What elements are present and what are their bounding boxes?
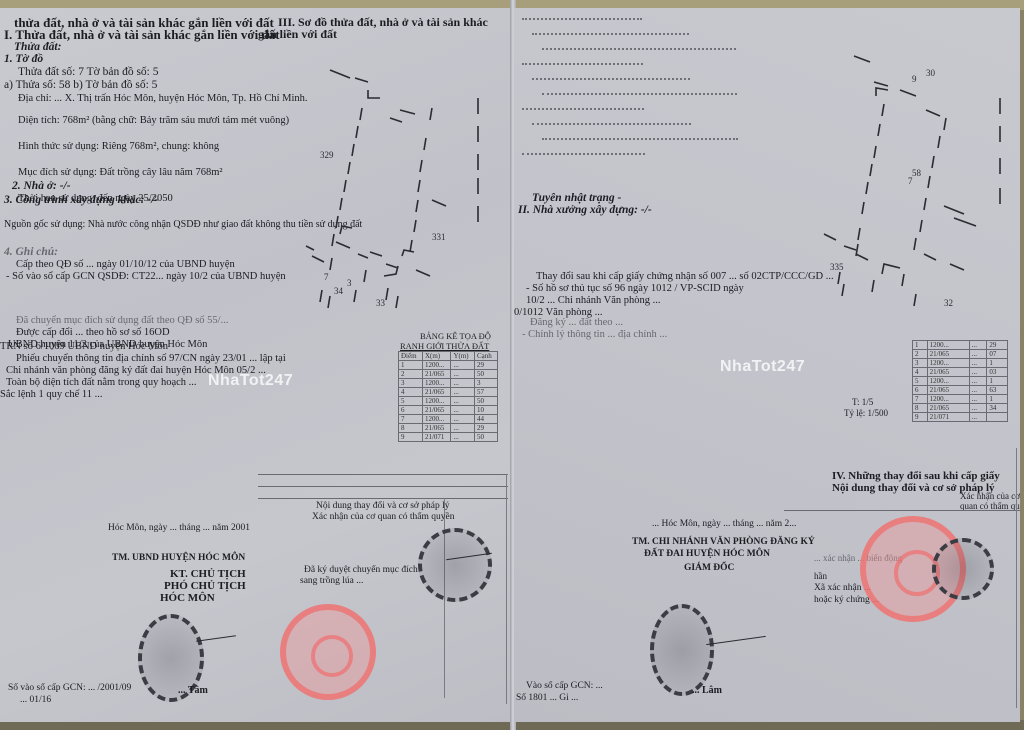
parcel-number: 7	[908, 176, 913, 186]
coord-row: 31200......1	[913, 359, 1008, 368]
official-seal	[650, 604, 714, 696]
coord-table: 11200......29221/065...0731200......1421…	[912, 340, 1008, 422]
coord-row: 421/065...03	[913, 368, 1008, 377]
illegible-text-line	[542, 48, 736, 53]
certificate-code: ... 01/16	[20, 694, 51, 707]
subheading: 2. Nhà ở: -/-	[12, 180, 71, 193]
parcel-info-line: Thửa đất số: 7 Tờ bản đồ số: 5	[18, 66, 159, 79]
parcel-info-line: a) Thửa số: 58 b) Tờ bản đồ số: 5	[4, 79, 157, 92]
change-column-header: quan có thẩm quyền	[960, 500, 1020, 513]
signature	[706, 636, 766, 645]
coord-row: 11200......29	[399, 361, 498, 370]
date-line: ... Hóc Môn, ngày ... tháng ... năm 2...	[652, 518, 796, 531]
illegible-text-line	[532, 123, 691, 128]
subheading: 3. Công trình xây dựng khác: -/-	[4, 194, 158, 207]
parcel-info-line: Diện tích: 768m² (bằng chữ: Bảy trăm sáu…	[18, 114, 289, 127]
org-name: ĐẤT ĐAI HUYỆN HÓC MÔN	[644, 548, 770, 561]
illegible-text-line	[522, 108, 644, 113]
signer-title: HÓC MÔN	[160, 592, 215, 605]
registration-header: Xác nhận của cơ quan có thẩm quyền	[312, 511, 454, 524]
note-line: - Số vào sổ cấp GCN QSDĐ: CT22... ngày 1…	[6, 270, 286, 283]
section-heading: II. Nhà xưởng xây dựng: -/-	[518, 204, 652, 217]
illegible-text-line	[522, 63, 643, 68]
watermark: NhaTot247	[720, 358, 805, 376]
parcel-number: 32	[944, 298, 953, 308]
parcel-number: 7	[324, 272, 329, 282]
watermark: NhaTot247	[208, 372, 293, 390]
illegible-text-line	[532, 78, 690, 83]
left-page: thửa đất, nhà ở và tài sản khác gắn liền…	[0, 8, 512, 722]
official-seal	[932, 538, 994, 600]
right-page: Tuyên nhật trạng - II. Nhà xưởng xây dựn…	[514, 8, 1020, 722]
coord-row: 821/065...29	[399, 424, 498, 433]
org-name: TM. UBND HUYỆN HÓC MÔN	[112, 552, 245, 565]
coord-row: 71200......44	[399, 415, 498, 424]
red-seal	[280, 604, 376, 700]
parcel-number: 58	[912, 168, 922, 178]
change-line: - Chỉnh lý thông tin ... địa chính ...	[522, 328, 667, 341]
parcel-sketch: 329 331 7 3 34 33	[250, 38, 510, 338]
coord-row: 821/065...34	[913, 404, 1008, 413]
coord-row: 71200......1	[913, 395, 1008, 404]
coord-row: 421/065...57	[399, 388, 498, 397]
coord-row: 51200......1	[913, 377, 1008, 386]
illegible-text-line	[522, 18, 642, 23]
coord-row: 621/065...10	[399, 406, 498, 415]
parcel-number: 335	[830, 262, 844, 272]
coord-row: 51200......50	[399, 397, 498, 406]
section-heading: I. Thửa đất, nhà ở và tài sản khác gắn l…	[4, 28, 280, 41]
official-seal	[418, 528, 492, 602]
parcel-info-line: Hình thức sử dụng: Riêng 768m², chung: k…	[18, 140, 219, 153]
signer-title: GIÁM ĐỐC	[684, 562, 734, 575]
parcel-sketch: 30 9 58 7 335 32	[804, 38, 1020, 338]
parcel-number: 33	[376, 298, 386, 308]
coord-row: 921/071...	[913, 413, 1008, 422]
note-line: Sắc lệnh 1 quy chế 11 ...	[0, 388, 103, 401]
certificate-code: Số 1801 ... Gi ...	[516, 692, 578, 705]
scale-label: Tỷ lệ: 1/500	[844, 407, 888, 420]
coord-row: 921/071...50	[399, 433, 498, 442]
coord-row: 621/065...63	[913, 386, 1008, 395]
registration-entry: sang trồng lúa ...	[300, 575, 363, 588]
signer-name: ... Tâm	[178, 684, 208, 697]
subheading: 1. Tờ đồ	[4, 53, 43, 66]
signature	[196, 635, 236, 642]
signer-name: ... Lâm	[692, 684, 722, 697]
coord-row: 221/065...07	[913, 350, 1008, 359]
date-line: Hóc Môn, ngày ... tháng ... năm 2001	[108, 522, 250, 535]
coord-row: 221/065...50	[399, 370, 498, 379]
coord-row: 11200......29	[913, 341, 1008, 350]
parcel-info-line: Mục đích sử dụng: Đất trồng cây lâu năm …	[18, 166, 223, 179]
parcel-number: 329	[320, 150, 334, 160]
parcel-number: 331	[432, 232, 446, 242]
parcel-number: 30	[926, 68, 936, 78]
coord-row: 31200......3	[399, 379, 498, 388]
illegible-text-line	[532, 33, 689, 38]
parcel-number: 9	[912, 74, 917, 84]
illegible-text-line	[542, 138, 738, 143]
parcel-number: 3	[347, 278, 352, 288]
illegible-text-line	[542, 93, 737, 98]
parcel-number: 34	[334, 286, 344, 296]
coord-table: ĐiểmX(m)Y(m)Cạnh 11200......29221/065...…	[398, 351, 498, 442]
illegible-text-line	[522, 153, 645, 158]
